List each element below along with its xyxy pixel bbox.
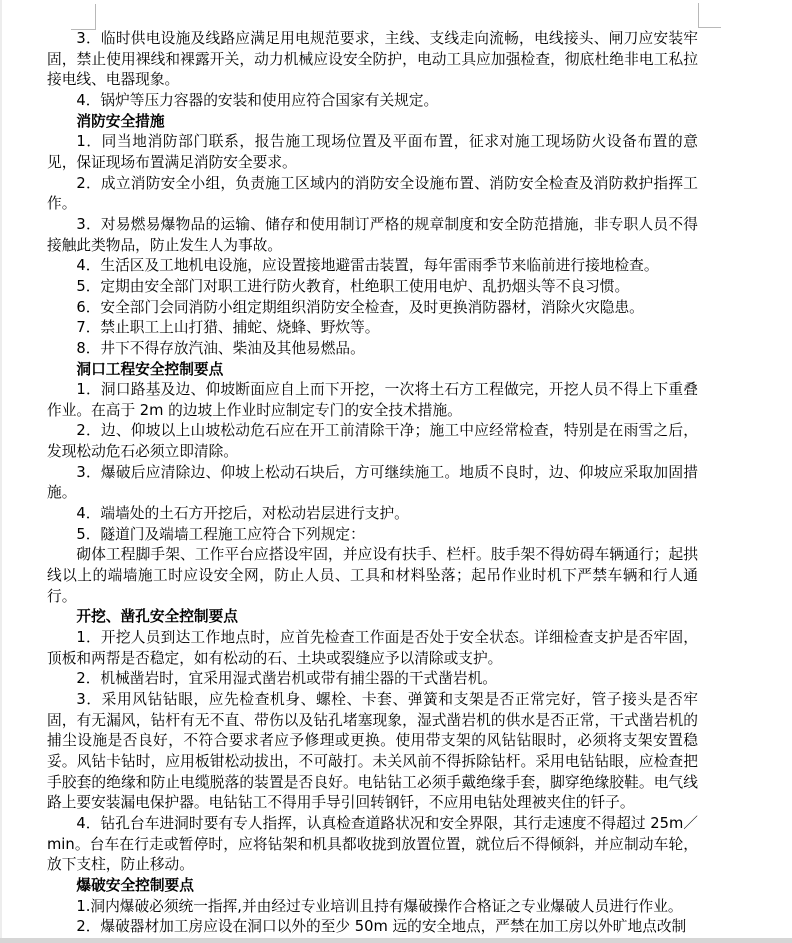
section-heading: 开挖、凿孔安全控制要点 (47, 607, 698, 628)
paragraph: 7．禁止职工上山打猎、捕蛇、烧蜂、野炊等。 (47, 318, 698, 339)
section-heading: 消防安全措施 (47, 112, 698, 133)
paragraph: 2．机械凿岩时，宜采用湿式凿岩机或带有捕尘器的干式凿岩机。 (47, 669, 698, 690)
paragraph: 1．同当地消防部门联系，报告施工现场位置及平面布置，征求对施工现场防火设备布置的… (47, 132, 698, 173)
paragraph: 8．井下不得存放汽油、柴油及其他易燃品。 (47, 339, 698, 360)
paragraph: 4．锅炉等压力容器的安装和使用应符合国家有关规定。 (47, 91, 698, 112)
paragraph: 4．生活区及工地机电设施，应设置接地避雷击装置，每年雷雨季节来临前进行接地检查。 (47, 256, 698, 277)
crop-mark-top-left-vertical (95, 4, 96, 30)
paragraph: 3．对易燃易爆物品的运输、储存和使用制订严格的规章制度和安全防范措施，非专职人员… (47, 215, 698, 256)
paragraph: 3．临时供电设施及线路应满足用电规范要求，主线、支线走向流畅，电线接头、闸刀应安… (47, 29, 698, 91)
paragraph: 1．洞口路基及边、仰坡断面应自上而下开挖，一次将土石方工程做完，开挖人员不得上下… (47, 380, 698, 421)
paragraph: 5．定期由安全部门对职工进行防火教育，杜绝职工使用电炉、乱扔烟头等不良习惯。 (47, 277, 698, 298)
paragraph: 3．采用风钻钻眼，应先检查机身、螺栓、卡套、弹簧和支架是否正常完好，管子接头是否… (47, 690, 698, 814)
document-text-area: 3．临时供电设施及线路应满足用电规范要求，主线、支线走向流畅，电线接头、闸刀应安… (47, 29, 698, 938)
paragraph: 2．成立消防安全小组，负责施工区域内的消防安全设施布置、消防安全检查及消防救护指… (47, 174, 698, 215)
section-heading: 爆破安全控制要点 (47, 876, 698, 897)
paragraph: 6．安全部门会同消防小组定期组织消防安全检查，及时更换消防器材，消除火灾隐患。 (47, 298, 698, 319)
paragraph: 2．爆破器材加工房应设在洞口以外的至少 50m 远的安全地点，严禁在加工房以外旷… (47, 917, 698, 938)
page-left-edge (0, 0, 2, 943)
paragraph: 3．爆破后应清除边、仰坡上松动石块后，方可继续施工。地质不良时，边、仰坡应采取加… (47, 463, 698, 504)
crop-mark-top-right-vertical (698, 3, 699, 28)
paragraph: 2．边、仰坡以上山坡松动危石应在开工前清除干净；施工中应经常检查，特别是在雨雪之… (47, 421, 698, 462)
paragraph: 1.洞内爆破必须统一指挥,并由经过专业培训且持有爆破操作合格证之专业爆破人员进行… (47, 897, 698, 918)
paragraph: 4．钻孔台车进洞时要有专人指挥，认真检查道路状况和安全界限，其行走速度不得超过 … (47, 814, 698, 876)
paragraph: 4．端墙处的土石方开挖后，对松动岩层进行支护。 (47, 504, 698, 525)
page-bottom-edge (0, 938, 792, 943)
section-heading: 洞口工程安全控制要点 (47, 360, 698, 381)
crop-mark-top-right-horizontal (698, 27, 721, 28)
paragraph: 5．隧道门及端墙工程施工应符合下列规定： (47, 525, 698, 546)
document-page: 3．临时供电设施及线路应满足用电规范要求，主线、支线走向流畅，电线接头、闸刀应安… (0, 0, 792, 943)
paragraph: 砌体工程脚手架、工作平台应搭设牢固，并应设有扶手、栏杆。肢手架不得妨碍车辆通行；… (47, 545, 698, 607)
paragraph: 1．开挖人员到达工作地点时，应首先检查工作面是否处于安全状态。详细检查支护是否牢… (47, 628, 698, 669)
